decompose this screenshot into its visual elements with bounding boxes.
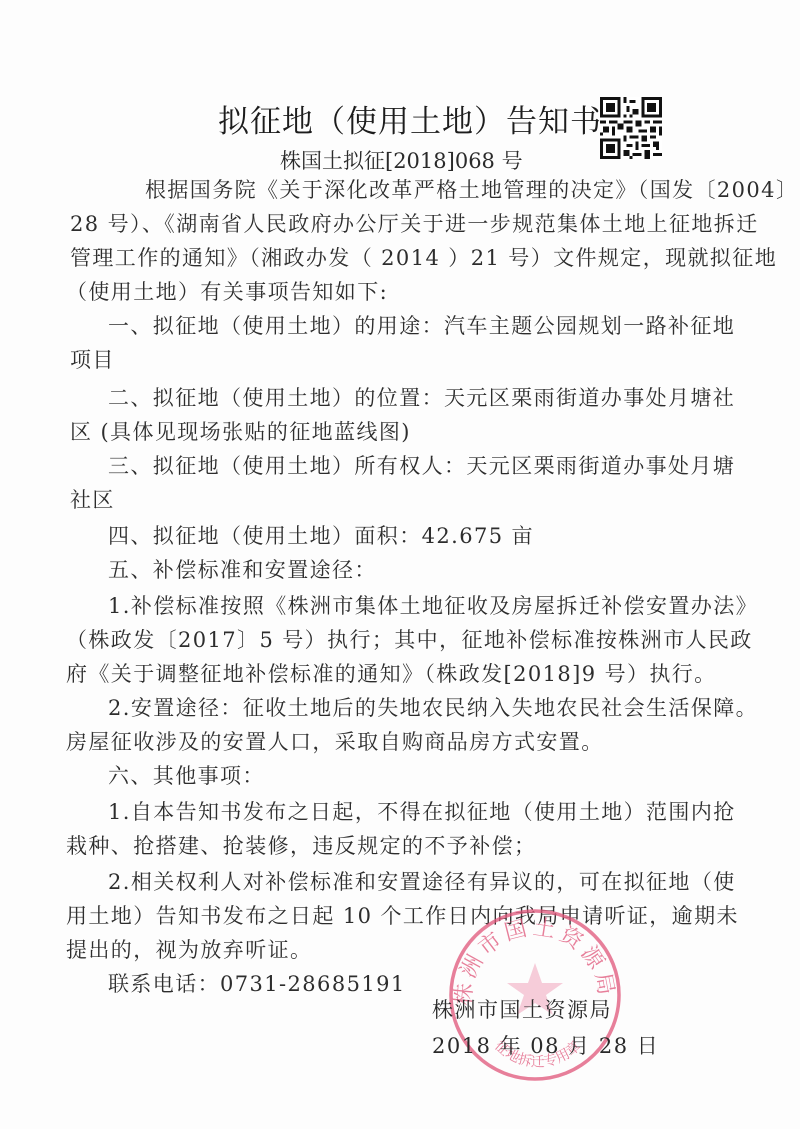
- body-line: （使用土地）有关事项告知如下:: [66, 278, 388, 306]
- body-line: 1.补偿标准按照《株洲市集体土地征收及房屋拆迁补偿安置办法》: [108, 592, 758, 620]
- body-line: 2.相关权利人对补偿标准和安置途径有异议的，可在拟征地（使: [108, 868, 736, 896]
- body-line: 社区: [70, 486, 115, 514]
- body-line: 用土地）告知书发布之日起 10 个工作日内向我局申请听证，逾期未: [66, 902, 739, 930]
- document-title: 拟征地（使用土地）告知书: [218, 96, 602, 141]
- document-number: 株国土拟征[2018]068 号: [280, 145, 523, 175]
- body-line: 一、拟征地（使用土地）的用途：汽车主题公园规划一路补征地: [108, 312, 735, 340]
- body-line: 项目: [70, 346, 115, 374]
- body-line: 府《关于调整征地补偿标准的通知》（株政发[2018]9 号）执行。: [66, 660, 717, 688]
- body-line: 管理工作的通知》（湘政办发（ 2014 ）21 号）文件规定，现就拟征地: [70, 244, 777, 272]
- document-page: 拟征地（使用土地）告知书: [0, 0, 800, 1129]
- body-line: 28 号）、《湖南省人民政府办公厅关于进一步规范集体土地上征地拆迁: [70, 210, 759, 238]
- body-line: 区 (具体见现场张贴的征地蓝线图): [70, 418, 411, 446]
- contact-phone: 联系电话：0731-28685191: [108, 970, 406, 998]
- body-line: 二、拟征地（使用土地）的位置：天元区栗雨街道办事处月塘社: [108, 384, 735, 412]
- body-line: 六、其他事项：: [108, 762, 265, 790]
- qr-code-icon: [600, 97, 662, 159]
- body-line: 2.安置途径：征收土地后的失地农民纳入失地农民社会生活保障。: [108, 694, 758, 722]
- body-line: 栽种、抢搭建、抢装修，违反规定的不予补偿；: [66, 832, 536, 860]
- body-line: 三、拟征地（使用土地）所有权人：天元区栗雨街道办事处月塘: [108, 452, 735, 480]
- body-line: 提出的，视为放弃听证。: [66, 936, 312, 964]
- issuer-name: 株洲市国土资源局: [432, 994, 612, 1024]
- body-line: 根据国务院《关于深化改革严格土地管理的决定》（国发〔2004〕: [145, 176, 798, 204]
- body-line: （株政发〔2017〕5 号）执行；其中，征地补偿标准按株洲市人民政: [66, 626, 753, 654]
- body-line: 1.自本告知书发布之日起，不得在拟征地（使用土地）范围内抢: [108, 798, 736, 826]
- body-line: 五、补偿标准和安置途径：: [108, 556, 377, 584]
- body-line: 房屋征收涉及的安置人口，采取自购商品房方式安置。: [66, 728, 604, 756]
- issue-date: 2018 年 08 月 28 日: [432, 1030, 659, 1060]
- body-line: 四、拟征地（使用土地）面积：42.675 亩: [108, 522, 534, 550]
